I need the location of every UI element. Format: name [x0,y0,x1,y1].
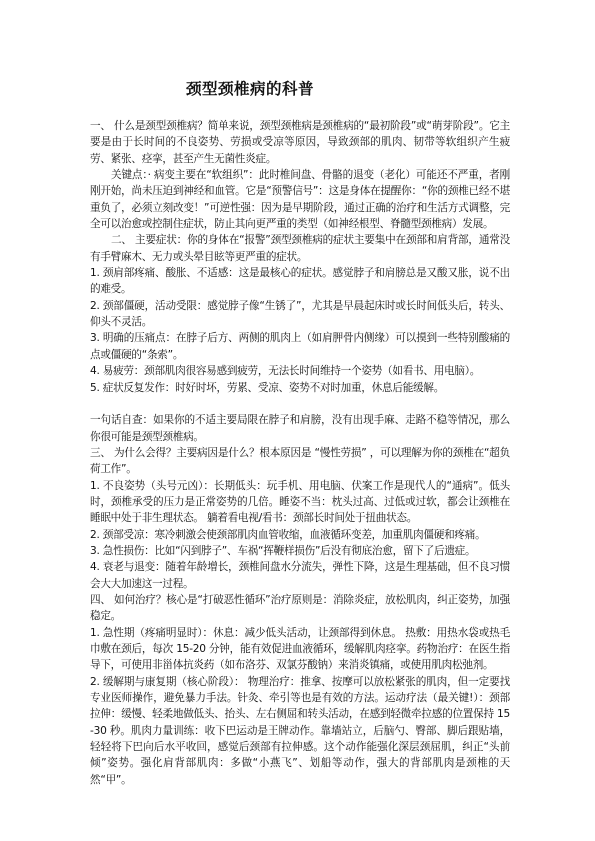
list-item-cause-1: 1. 不良姿势（头号元凶）：长期低头：玩手机、用电脑、伏案工作是现代人的“通病”… [90,478,510,527]
paragraph-what-is: 一、 什么是颈型颈椎病？简单来说，颈型颈椎病是颈椎病的“最初阶段”或“萌芽阶段”… [90,118,510,167]
document-title: 颈型颈椎病的科普 [186,77,314,99]
document-body: 一、 什么是颈型颈椎病？简单来说，颈型颈椎病是颈椎病的“最初阶段”或“萌芽阶段”… [90,118,510,788]
paragraph-self-check: 一句话自查：如果你的不适主要局限在脖子和肩膀，没有出现手麻、走路不稳等情况，那么… [90,412,510,445]
paragraph-causes-intro: 三、 为什么会得？主要病因是什么？根本原因是 “慢性劳损” ，可以理解为你的颈椎… [90,445,510,478]
list-item-symptom-4: 4. 易疲劳：颈部肌肉很容易感到疲劳，无法长时间维持一个姿势（如看书、用电脑）。 [90,363,510,379]
list-item-symptom-1: 1. 颈肩部疼痛、酸胀、不适感：这是最核心的症状。感觉脖子和肩膀总是又酸又胀，说… [90,265,510,298]
list-item-symptom-2: 2. 颈部僵硬，活动受限：感觉脖子像“生锈了”，尤其是早晨起床时或长时间低头后，… [90,298,510,331]
paragraph-treatment-intro: 四、 如何治疗？核心是“打破恶性循环”治疗原则是：消除炎症，放松肌肉，纠正姿势，… [90,592,510,625]
list-item-symptom-5: 5. 症状反复发作：时好时坏，劳累、受凉、姿势不对时加重，休息后能缓解。 [90,380,510,396]
list-item-symptom-3: 3. 明确的压痛点：在脖子后方、两侧的肌肉上（如肩胛骨内侧缘）可以摸到一些特别酸… [90,330,510,363]
paragraph-key-points: 关键点：· 病变主要在“软组织”：此时椎间盘、骨骼的退变（老化）可能还不严重，者… [90,167,510,232]
list-item-cause-4: 4. 衰老与退变：随着年龄增长，颈椎间盘水分流失，弹性下降，这是生理基础，但不良… [90,559,510,592]
blank-line [90,396,510,412]
list-item-treatment-1: 1. 急性期（疼痛明显时）：休息：减少低头活动，让颈部得到休息。 热敷：用热水袋… [90,625,510,674]
list-item-cause-3: 3. 急性损伤：比如“闪到脖子”、车祸“挥鞭样损伤”后没有彻底治愈，留下了后遗症… [90,543,510,559]
paragraph-symptoms-intro: 二、 主要症状：你的身体在“报警”颈型颈椎病的症状主要集中在颈部和肩背部，通常没… [90,232,510,265]
list-item-cause-2: 2. 颈部受凉：寒冷刺激会使颈部肌肉血管收缩，血液循环变差，加重肌肉僵硬和疼痛。 [90,527,510,543]
list-item-treatment-2: 2. 缓解期与康复期（核心阶段）： 物理治疗：推拿、按摩可以放松紧张的肌肉，但一… [90,674,510,788]
